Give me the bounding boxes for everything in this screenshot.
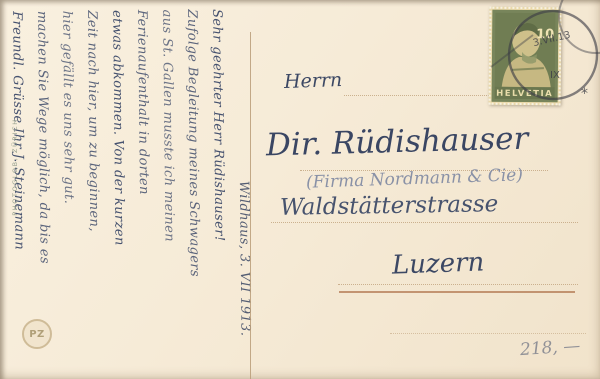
postmark-star-icon: * [581,86,588,102]
message-line: aus St. Gallen musste ich meinen [154,9,183,376]
message-line: Ferienaufenthalt in dorten [129,10,158,377]
message-line: hier gefällt es uns sehr gut. [54,11,83,378]
message-line: Zufolge Begleitung meines Schwagers [179,9,208,376]
postage-stamp: 10 HELVETIA [489,7,562,106]
address-dotted-line-3 [271,222,578,223]
message-date: Wildhaus, 3. VII 1913. [229,9,258,376]
address-dotted-line-4 [338,284,578,285]
salutation: Herrn [284,69,343,93]
postcard: Wildhaus, 3. VII 1913. Sehr geehrter Her… [0,0,600,379]
publisher-imprint: PHOTOGLOB, ZÜRICH [11,97,23,237]
address-dotted-line-5 [390,333,586,334]
price-note: 218, — [519,336,581,360]
stamp-country-label: HELVETIA [492,89,558,100]
postcard-scan: Wildhaus, 3. VII 1913. Sehr geehrter Her… [0,0,600,379]
recipient-name: Dir. Rüdishauser [266,121,529,164]
publisher-monogram-icon: PZ [22,319,52,349]
recipient-street: Waldstätterstrasse [280,191,499,221]
message-line: Zeit nach hier, um zu beginnen, [79,10,108,377]
message-line: Sehr geehrter Herr Rüdishauser! [204,9,233,376]
message-line: etwas abkommen. Von der kurzen [104,10,133,377]
divider-line [250,32,251,379]
address-solid-line [339,291,575,293]
stamp-frame: 10 HELVETIA [492,10,559,103]
recipient-city: Luzern [392,247,485,280]
stamp-value: 10 [536,27,554,42]
